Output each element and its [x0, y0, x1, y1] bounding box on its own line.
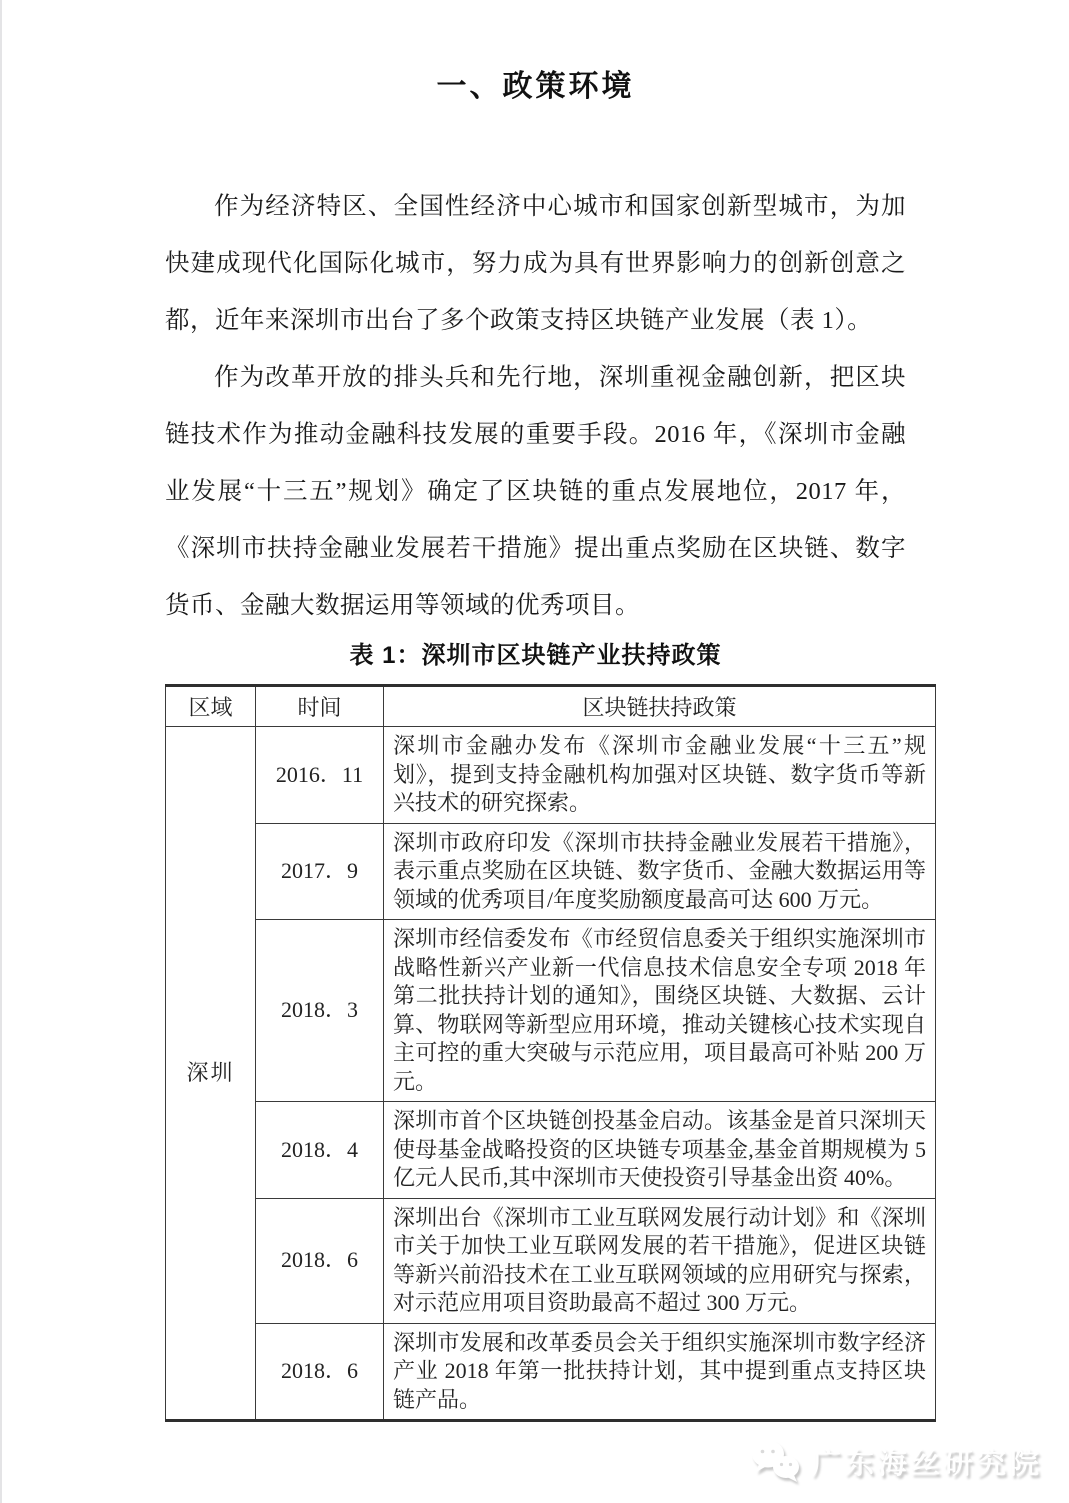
table-row: 2017．9深圳市政府印发《深圳市扶持金融业发展若干措施》，表示重点奖励在区块链…: [166, 823, 936, 920]
watermark-label: 广东海丝研究院: [812, 1441, 1043, 1482]
policy-cell: 深圳市经信委发布《市经贸信息委关于组织实施深圳市战略性新兴产业新一代信息技术信息…: [384, 920, 936, 1102]
time-cell: 2018．4: [256, 1102, 384, 1199]
time-cell: 2018．6: [256, 1198, 384, 1323]
paragraph-1: 作为经济特区、全国性经济中心城市和国家创新型城市，为加快建成现代化国际化城市，努…: [165, 178, 906, 349]
policy-cell: 深圳市首个区块链创投基金启动。该基金是首只深圳天使母基金战略投资的区块链专项基金…: [384, 1102, 936, 1199]
region-cell: 深圳: [166, 727, 256, 1421]
document-page: 一、政策环境 作为经济特区、全国性经济中心城市和国家创新型城市，为加快建成现代化…: [165, 0, 906, 1422]
table-row: 2018．3深圳市经信委发布《市经贸信息委关于组织实施深圳市战略性新兴产业新一代…: [166, 920, 936, 1102]
time-cell: 2018．3: [256, 920, 384, 1102]
table-row: 2018．6深圳出台《深圳市工业互联网发展行动计划》和《深圳市关于加快工业互联网…: [166, 1198, 936, 1323]
wechat-icon: [750, 1439, 802, 1483]
policy-cell: 深圳市发展和改革委员会关于组织实施深圳市数字经济产业 2018 年第一批扶持计划…: [384, 1323, 936, 1421]
col-header-region: 区域: [166, 686, 256, 727]
table-row: 深圳2016．11深圳市金融办发布《深圳市金融业发展“十三五”规划》，提到支持金…: [166, 727, 936, 824]
policy-table: 区域 时间 区块链扶持政策 深圳2016．11深圳市金融办发布《深圳市金融业发展…: [165, 684, 936, 1422]
table-row: 2018．6深圳市发展和改革委员会关于组织实施深圳市数字经济产业 2018 年第…: [166, 1323, 936, 1421]
policy-cell: 深圳出台《深圳市工业互联网发展行动计划》和《深圳市关于加快工业互联网发展的若干措…: [384, 1198, 936, 1323]
time-cell: 2018．6: [256, 1323, 384, 1421]
policy-cell: 深圳市政府印发《深圳市扶持金融业发展若干措施》，表示重点奖励在区块链、数字货币、…: [384, 823, 936, 920]
page-edge: [0, 0, 2, 1503]
paragraph-2: 作为改革开放的排头兵和先行地，深圳重视金融创新，把区块链技术作为推动金融科技发展…: [165, 349, 906, 634]
col-header-policy: 区块链扶持政策: [384, 686, 936, 727]
watermark: 广东海丝研究院: [750, 1439, 1043, 1483]
time-cell: 2017．9: [256, 823, 384, 920]
time-cell: 2016．11: [256, 727, 384, 824]
table-header-row: 区域 时间 区块链扶持政策: [166, 686, 936, 727]
col-header-time: 时间: [256, 686, 384, 727]
table-caption: 表 1：深圳市区块链产业扶持政策: [165, 638, 906, 674]
page-title: 一、政策环境: [165, 66, 906, 108]
policy-cell: 深圳市金融办发布《深圳市金融业发展“十三五”规划》，提到支持金融机构加强对区块链…: [384, 727, 936, 824]
table-row: 2018．4深圳市首个区块链创投基金启动。该基金是首只深圳天使母基金战略投资的区…: [166, 1102, 936, 1199]
